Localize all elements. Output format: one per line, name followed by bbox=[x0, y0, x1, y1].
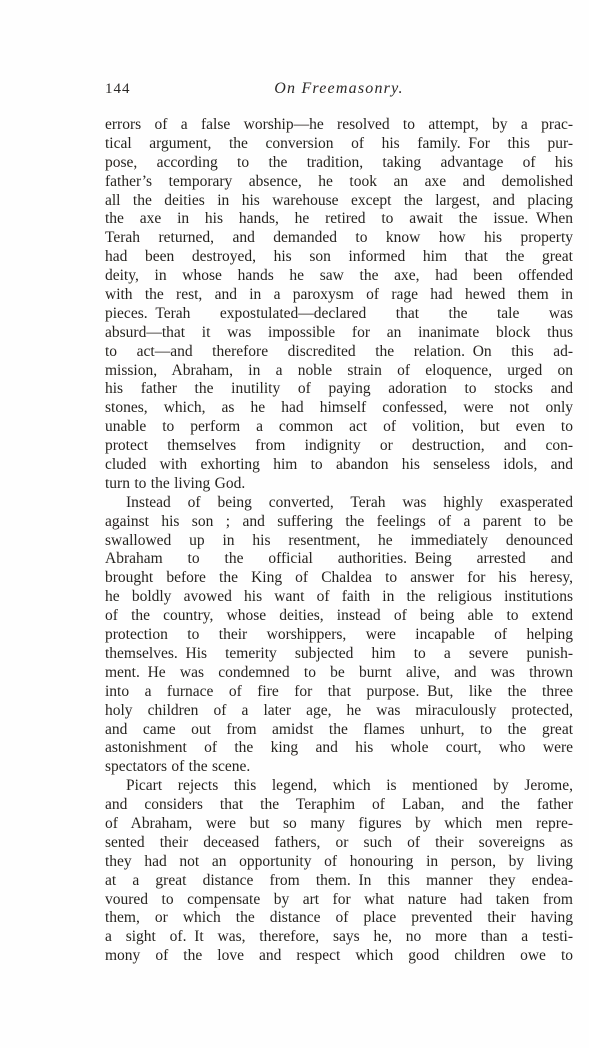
text-line: his father the inutility of paying adora… bbox=[105, 380, 573, 399]
text-line: of Abraham, were but so many figures by … bbox=[105, 815, 573, 834]
text-line: voured to compensate by art for what nat… bbox=[105, 891, 573, 910]
text-line: Picart rejects this legend, which is men… bbox=[105, 777, 573, 796]
text-line: he boldly avowed his want of faith in th… bbox=[105, 588, 573, 607]
page-header: 144 On Freemasonry. bbox=[105, 80, 573, 100]
text-line: Terah returned, and demanded to know how… bbox=[105, 229, 573, 248]
paragraph: Picart rejects this legend, which is men… bbox=[105, 777, 573, 966]
text-line: ment. He was condemned to be burnt alive… bbox=[105, 664, 573, 683]
text-line: mony of the love and respect which good … bbox=[105, 947, 573, 966]
text-line: to act—and therefore discredited the rel… bbox=[105, 343, 573, 362]
text-line: them, or which the distance of place pre… bbox=[105, 909, 573, 928]
text-line: spectators of the scene. bbox=[105, 758, 573, 777]
text-line: astonishment of the king and his whole c… bbox=[105, 739, 573, 758]
text-line: of the country, whose deities, instead o… bbox=[105, 607, 573, 626]
text-line: deity, in whose hands he saw the axe, ha… bbox=[105, 267, 573, 286]
text-line: errors of a false worship—he resolved to… bbox=[105, 116, 573, 135]
text-line: mission, Abraham, in a noble strain of e… bbox=[105, 362, 573, 381]
text-line: had been destroyed, his son informed him… bbox=[105, 248, 573, 267]
text-line: tical argument, the conversion of his fa… bbox=[105, 135, 573, 154]
paragraph: Instead of being converted, Terah was hi… bbox=[105, 494, 573, 777]
text-line: stones, which, as he had himself confess… bbox=[105, 399, 573, 418]
text-line: pieces. Terah expostulated—declared that… bbox=[105, 305, 573, 324]
book-page: 144 On Freemasonry. errors of a false wo… bbox=[0, 0, 589, 1048]
text-line: against his son ; and suffering the feel… bbox=[105, 513, 573, 532]
text-line: the axe in his hands, he retired to awai… bbox=[105, 210, 573, 229]
paragraph: errors of a false worship—he resolved to… bbox=[105, 116, 573, 494]
text-line: at a great distance from them. In this m… bbox=[105, 872, 573, 891]
text-line: and considers that the Teraphim of Laban… bbox=[105, 796, 573, 815]
text-line: a sight of. It was, therefore, says he, … bbox=[105, 928, 573, 947]
text-line: cluded with exhorting him to abandon his… bbox=[105, 456, 573, 475]
text-line: holy children of a later age, he was mir… bbox=[105, 702, 573, 721]
text-block: errors of a false worship—he resolved to… bbox=[105, 116, 573, 966]
text-line: into a furnace of fire for that purpose.… bbox=[105, 683, 573, 702]
text-line: brought before the King of Chaldea to an… bbox=[105, 569, 573, 588]
text-line: turn to the living God. bbox=[105, 475, 573, 494]
text-line: all the deities in his warehouse except … bbox=[105, 192, 573, 211]
text-line: Abraham to the official authorities. Bei… bbox=[105, 550, 573, 569]
text-line: unable to perform a common act of voliti… bbox=[105, 418, 573, 437]
text-line: absurd—that it was impossible for an ina… bbox=[105, 324, 573, 343]
text-line: sented their deceased fathers, or such o… bbox=[105, 834, 573, 853]
text-line: and came out from amidst the flames unhu… bbox=[105, 721, 573, 740]
text-line: with the rest, and in a paroxysm of rage… bbox=[105, 286, 573, 305]
text-line: father’s temporary absence, he took an a… bbox=[105, 173, 573, 192]
text-line: pose, according to the tradition, taking… bbox=[105, 154, 573, 173]
text-line: protection to their worshippers, were in… bbox=[105, 626, 573, 645]
text-line: swallowed up in his resentment, he immed… bbox=[105, 532, 573, 551]
text-line: themselves. His temerity subjected him t… bbox=[105, 645, 573, 664]
text-line: they had not an opportunity of honouring… bbox=[105, 853, 573, 872]
text-line: protect themselves from indignity or des… bbox=[105, 437, 573, 456]
text-line: Instead of being converted, Terah was hi… bbox=[105, 494, 573, 513]
running-title: On Freemasonry. bbox=[105, 80, 573, 98]
